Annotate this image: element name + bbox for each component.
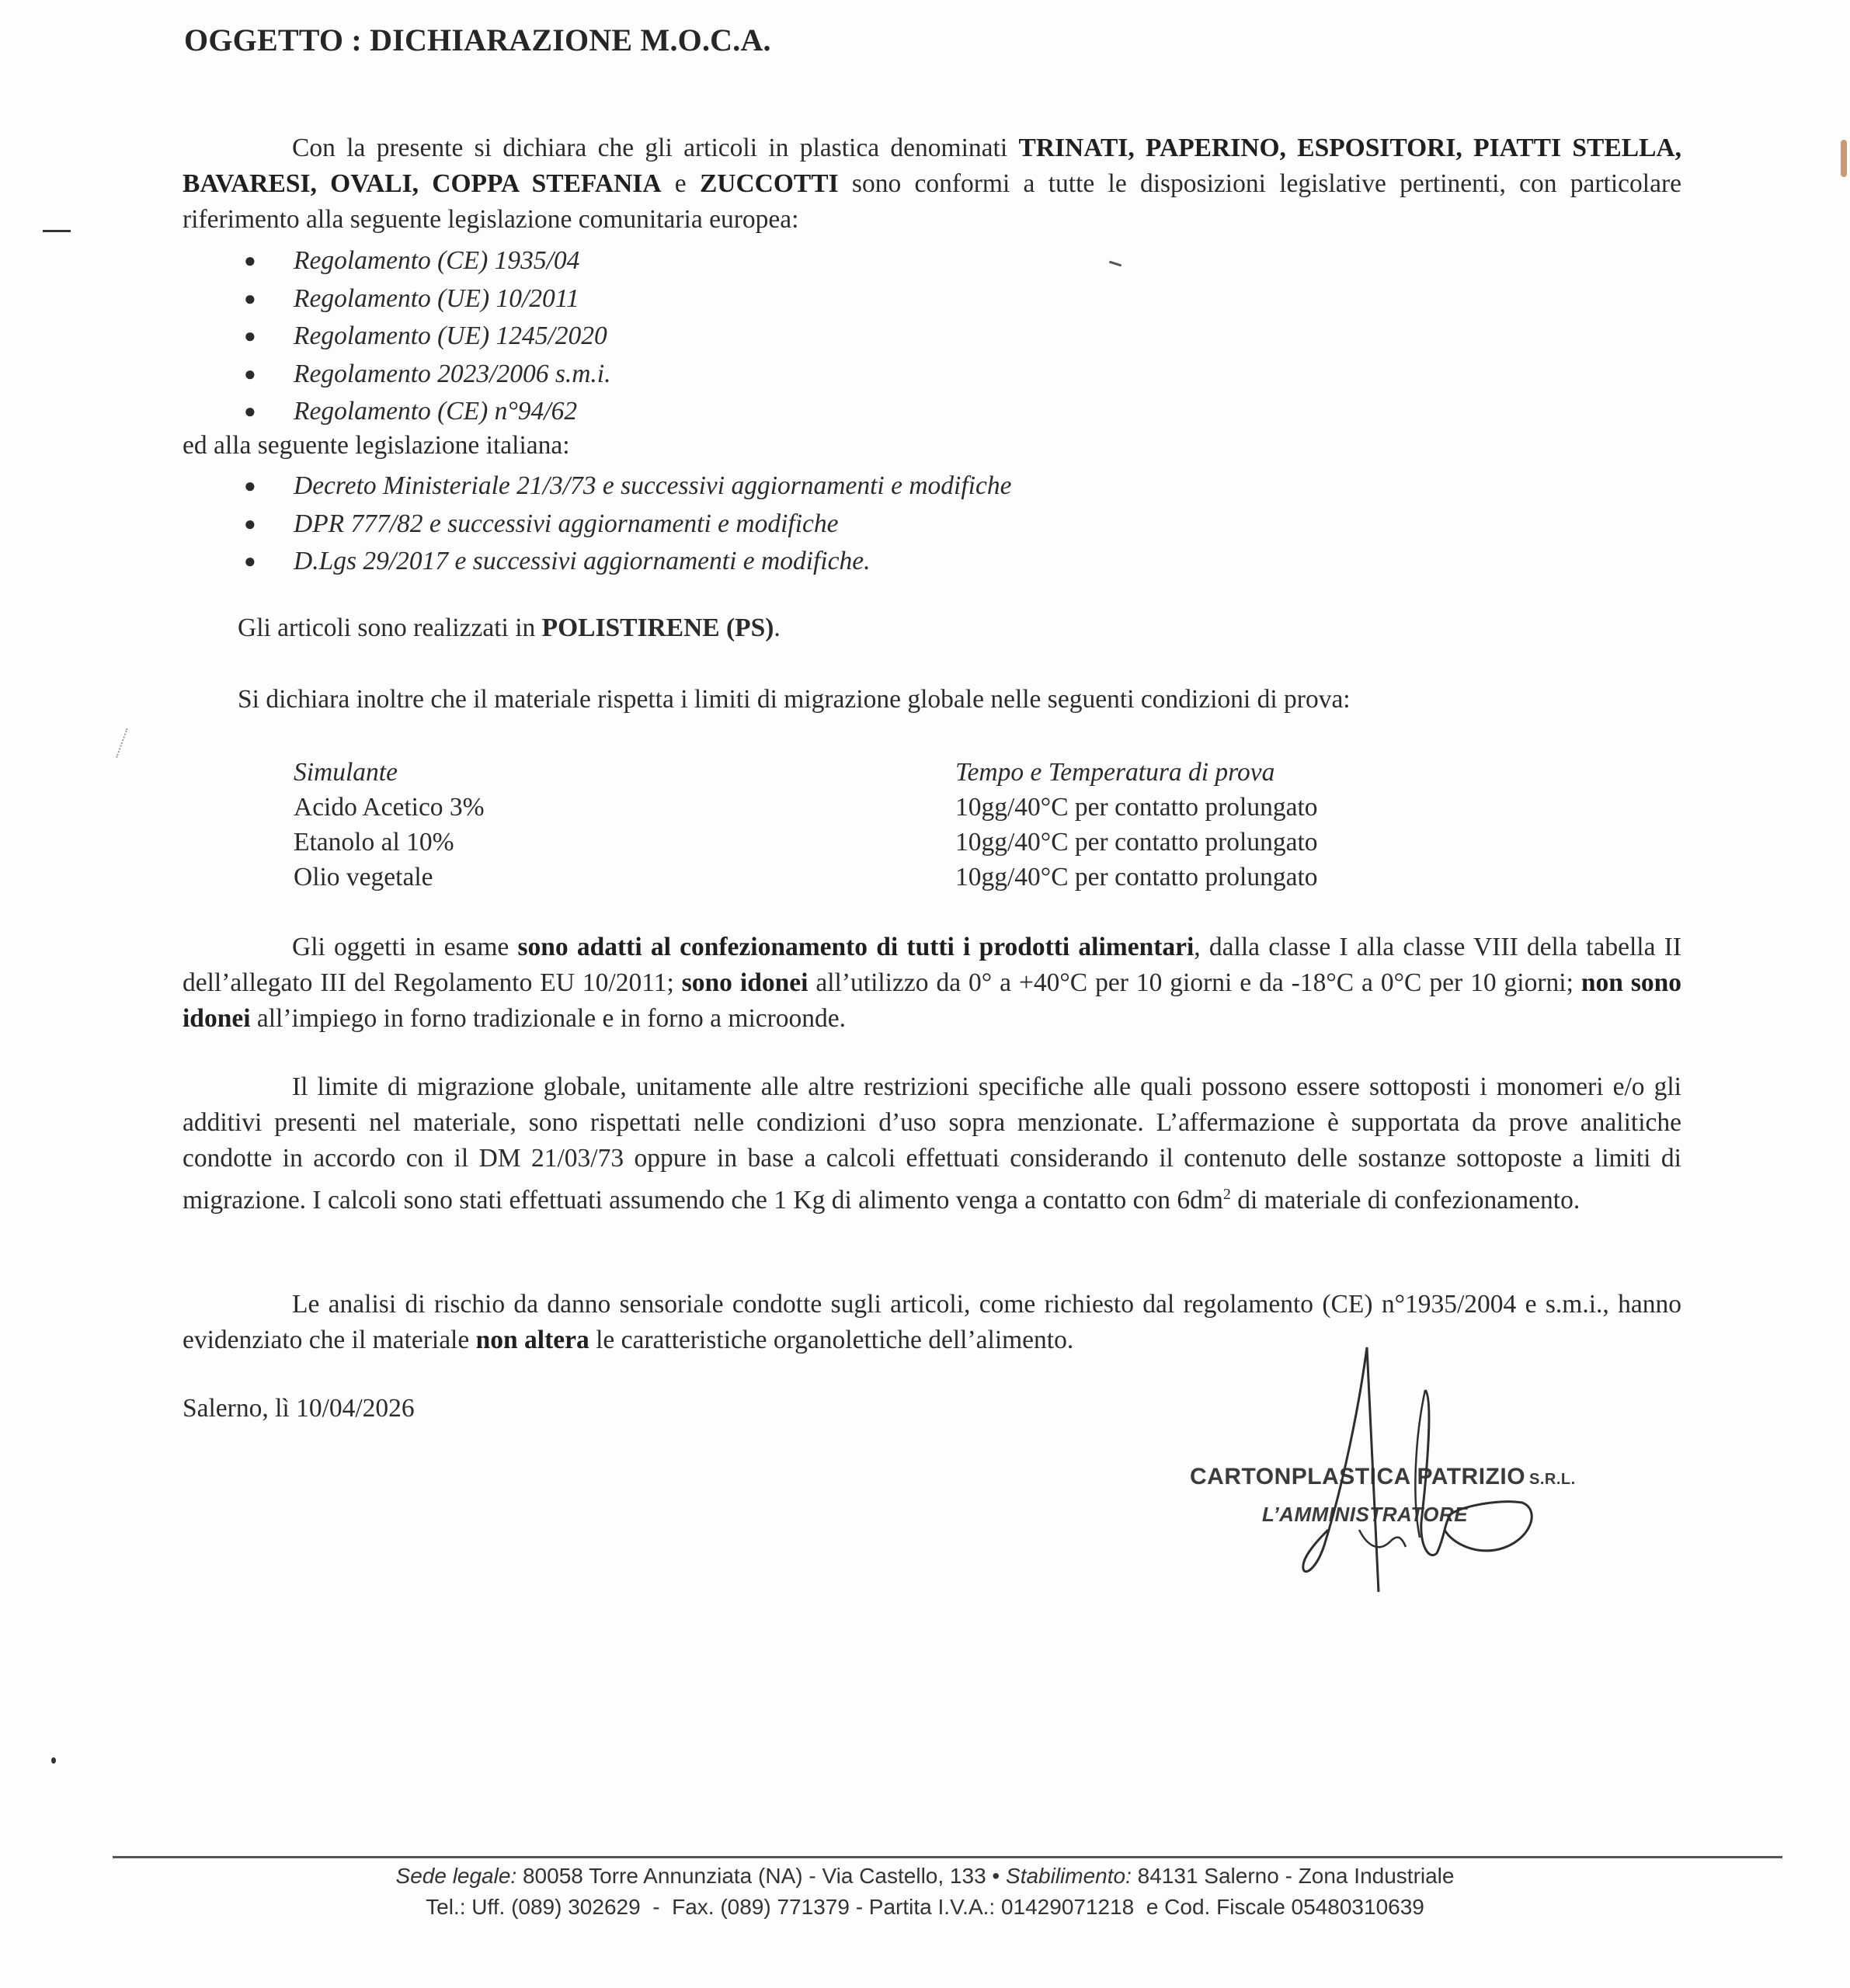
- footer-label: Sede legale:: [396, 1864, 517, 1888]
- footer-rule: [113, 1856, 1782, 1858]
- table-cell: Etanolo al 10%: [294, 825, 485, 860]
- table-header: Simulante: [294, 755, 485, 790]
- table-cell: 10gg/40°C per contatto prolungato: [955, 825, 1318, 860]
- intro-text-1: Con la presente si dichiara che gli arti…: [292, 134, 1018, 162]
- list-item-text: D.Lgs 29/2017 e successivi aggiornamenti…: [294, 547, 870, 575]
- intro-conj: e: [662, 169, 700, 198]
- superscript: 2: [1223, 1186, 1231, 1203]
- bullet-icon: ●: [244, 356, 256, 394]
- sensory-bold: non altera: [476, 1326, 589, 1354]
- table-column-simulant: Simulante Acido Acetico 3% Etanolo al 10…: [294, 755, 485, 895]
- list-item: ●Regolamento (CE) n°94/62: [233, 393, 610, 431]
- table-cell: Olio vegetale: [294, 860, 485, 895]
- list-item-text: Regolamento (UE) 10/2011: [294, 284, 579, 313]
- material-name: POLISTIRENE (PS): [542, 613, 774, 642]
- list-item: ●DPR 777/82 e successivi aggiornamenti e…: [233, 506, 1011, 544]
- footer-contacts: Tel.: Uff. (089) 302629 - Fax. (089) 771…: [0, 1895, 1850, 1920]
- list-item: ●D.Lgs 29/2017 e successivi aggiornament…: [233, 543, 1011, 581]
- sensory-text: le caratteristiche organolettiche dell’a…: [589, 1326, 1074, 1354]
- list-item-text: Regolamento (UE) 1245/2020: [294, 321, 607, 350]
- suitability-text: all’utilizzo da 0° a +40°C per 10 giorni…: [808, 968, 1580, 997]
- footer-label: Stabilimento:: [1000, 1864, 1132, 1888]
- list-item: ●Regolamento (CE) 1935/04: [233, 242, 610, 280]
- list-item-text: Regolamento (CE) 1935/04: [294, 246, 579, 275]
- table-column-conditions: Tempo e Temperatura di prova 10gg/40°C p…: [955, 755, 1318, 895]
- material-end: .: [774, 613, 780, 642]
- material-text: Gli articoli sono realizzati in: [238, 613, 542, 642]
- product-name-last: ZUCCOTTI: [700, 169, 839, 198]
- list-item-text: Regolamento (CE) n°94/62: [294, 397, 577, 426]
- list-item: ●Regolamento (UE) 1245/2020: [233, 318, 610, 356]
- bullet-icon: ●: [244, 467, 256, 506]
- table-cell: Acido Acetico 3%: [294, 790, 485, 825]
- bullet-icon: ●: [244, 318, 256, 356]
- material-statement: Gli articoli sono realizzati in POLISTIR…: [238, 613, 781, 643]
- migration-intro: Si dichiara inoltre che il materiale ris…: [238, 685, 1351, 714]
- list-item-text: Regolamento 2023/2006 s.m.i.: [294, 360, 610, 388]
- bullet-icon: ●: [244, 393, 256, 431]
- footer-address: Sede legale: 80058 Torre Annunziata (NA)…: [0, 1864, 1850, 1889]
- separator-dot-icon: •: [992, 1864, 1000, 1888]
- suitability-bold: sono adatti al confezionamento di tutti …: [518, 933, 1195, 961]
- place-date: Salerno, lì 10/04/2026: [183, 1394, 415, 1423]
- migration-limit-paragraph: Il limite di migrazione globale, unitame…: [183, 1069, 1681, 1218]
- footer-value: 84131 Salerno - Zona Industriale: [1132, 1864, 1455, 1888]
- margin-mark: [43, 230, 71, 232]
- table-cell: 10gg/40°C per contatto prolungato: [955, 790, 1318, 825]
- it-legislation-list: ●Decreto Ministeriale 21/3/73 e successi…: [233, 467, 1011, 581]
- intro-paragraph: Con la presente si dichiara che gli arti…: [183, 130, 1681, 238]
- suitability-text: all’impiego in forno tradizionale e in f…: [251, 1004, 847, 1033]
- suitability-text: Gli oggetti in esame: [292, 933, 518, 961]
- signature: [1243, 1343, 1538, 1600]
- list-item: ●Regolamento 2023/2006 s.m.i.: [233, 356, 610, 394]
- table-header: Tempo e Temperatura di prova: [955, 755, 1318, 790]
- bullet-icon: ●: [244, 506, 256, 544]
- edge-stain: [1841, 140, 1847, 177]
- eu-legislation-list: ●Regolamento (CE) 1935/04 ●Regolamento (…: [233, 242, 610, 431]
- test-conditions-table: Simulante Acido Acetico 3% Etanolo al 10…: [294, 755, 1459, 902]
- list-item-text: Decreto Ministeriale 21/3/73 e successiv…: [294, 471, 1011, 500]
- scan-artifact: [116, 728, 150, 766]
- italian-legislation-intro: ed alla seguente legislazione italiana:: [183, 431, 570, 461]
- document-title: OGGETTO : DICHIARAZIONE M.O.C.A.: [184, 22, 771, 58]
- scan-artifact: [1109, 261, 1121, 267]
- suitability-bold: sono idonei: [682, 968, 809, 997]
- bullet-icon: ●: [244, 280, 256, 318]
- scan-speck: [51, 1757, 56, 1764]
- footer-value: 80058 Torre Annunziata (NA) - Via Castel…: [516, 1864, 992, 1888]
- bullet-icon: ●: [244, 543, 256, 581]
- list-item: ●Regolamento (UE) 10/2011: [233, 280, 610, 318]
- migration-limit-text: di materiale di confezionamento.: [1231, 1186, 1580, 1215]
- suitability-paragraph: Gli oggetti in esame sono adatti al conf…: [183, 930, 1681, 1037]
- bullet-icon: ●: [244, 242, 256, 280]
- table-cell: 10gg/40°C per contatto prolungato: [955, 860, 1318, 895]
- list-item-text: DPR 777/82 e successivi aggiornamenti e …: [294, 509, 839, 538]
- list-item: ●Decreto Ministeriale 21/3/73 e successi…: [233, 467, 1011, 506]
